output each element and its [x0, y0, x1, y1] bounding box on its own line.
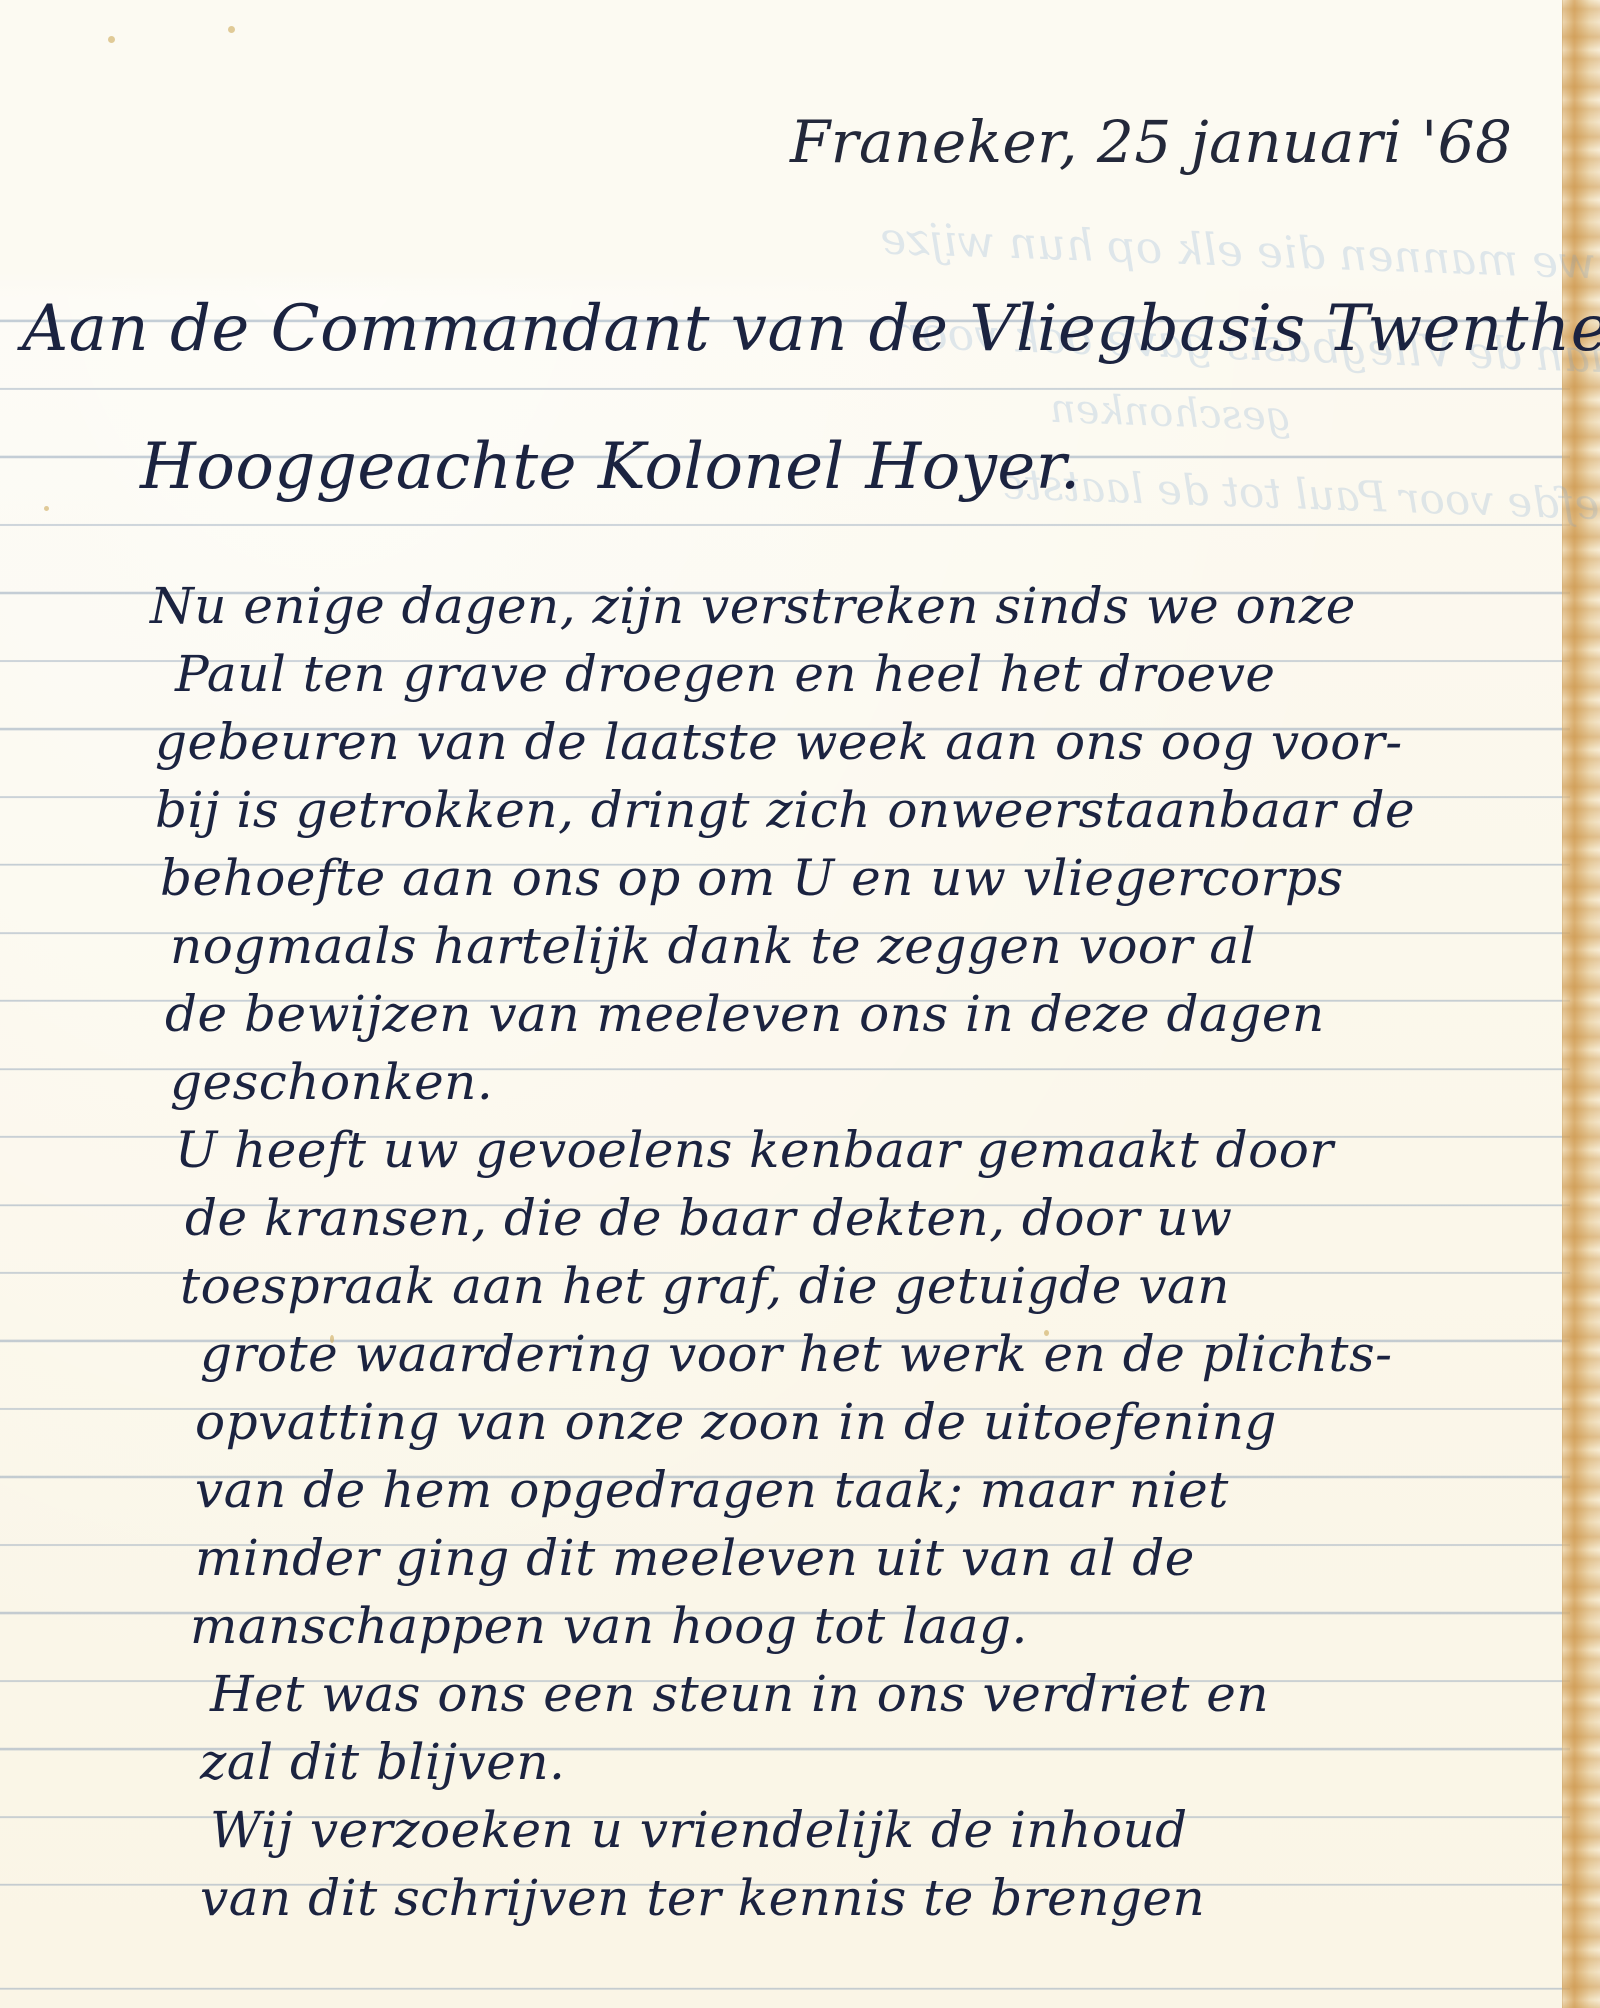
foxing-spot — [228, 26, 235, 33]
body-line: gebeuren van de laatste week aan ons oog… — [155, 708, 1403, 776]
body-line: geschonken. — [170, 1048, 493, 1116]
body-line: de bewijzen van meeleven ons in deze dag… — [165, 980, 1325, 1048]
body-line: de kransen, die de baar dekten, door uw — [185, 1184, 1232, 1252]
body-line: U heeft uw gevoelens kenbaar gemaakt doo… — [175, 1116, 1334, 1184]
body-line: Nu enige dagen, zijn verstreken sinds we… — [150, 572, 1356, 640]
body-line: toespraak aan het graf, die getuigde van — [180, 1252, 1230, 1320]
body-line: bij is getrokken, dringt zich onweerstaa… — [155, 776, 1415, 844]
body-line: nogmaals hartelijk dank te zeggen voor a… — [170, 912, 1256, 980]
body-line: behoefte aan ons op om U en uw vliegerco… — [160, 844, 1344, 912]
body-line: Wij verzoeken u vriendelijk de inhoud — [210, 1796, 1188, 1864]
body-line: grote waardering voor het werk en de pli… — [200, 1320, 1393, 1388]
body-line: manschappen van hoog tot laag. — [190, 1592, 1028, 1660]
letter-date: Franeker, 25 januari '68 — [790, 108, 1512, 176]
body-line: zal dit blijven. — [200, 1728, 565, 1796]
letter-addressee: Aan de Commandant van de Vliegbasis Twen… — [22, 292, 1600, 366]
body-line: Paul ten grave droegen en heel het droev… — [175, 640, 1275, 708]
body-line: Het was ons een steun in ons verdriet en — [210, 1660, 1269, 1728]
body-line: minder ging dit meeleven uit van al de — [195, 1524, 1195, 1592]
body-line: van dit schrijven ter kennis te brengen — [200, 1864, 1205, 1932]
foxing-spot — [44, 506, 49, 511]
body-line: van de hem opgedragen taak; maar niet — [195, 1456, 1229, 1524]
body-line: opvatting van onze zoon in de uitoefenin… — [195, 1388, 1277, 1456]
foxing-spot — [108, 36, 115, 43]
letter-salutation: Hooggeachte Kolonel Hoyer. — [140, 430, 1081, 504]
